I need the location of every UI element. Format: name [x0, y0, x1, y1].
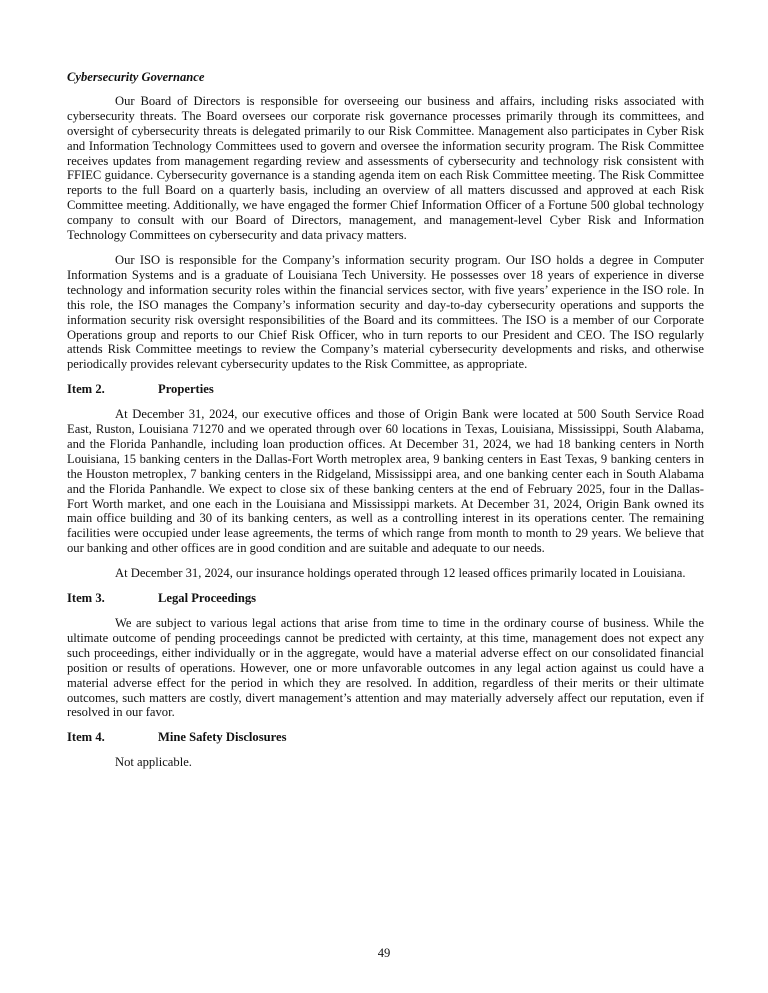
section-heading-cybersecurity-governance: Cybersecurity Governance [67, 70, 704, 85]
item-4-number: Item 4. [67, 730, 158, 745]
item-4-title: Mine Safety Disclosures [158, 730, 287, 745]
paragraph-legal-proceedings: We are subject to various legal actions … [67, 616, 704, 720]
item-3-title: Legal Proceedings [158, 591, 256, 606]
paragraph-iso-responsibility: Our ISO is responsible for the Company’s… [67, 253, 704, 372]
item-3-number: Item 3. [67, 591, 158, 606]
item-3-heading: Item 3. Legal Proceedings [67, 591, 704, 606]
paragraph-properties-locations: At December 31, 2024, our executive offi… [67, 407, 704, 556]
item-4-body: Not applicable. [67, 755, 704, 770]
item-4-heading: Item 4. Mine Safety Disclosures [67, 730, 704, 745]
page-number: 49 [0, 946, 768, 961]
item-2-title: Properties [158, 382, 214, 397]
item-2-number: Item 2. [67, 382, 158, 397]
paragraph-insurance-offices: At December 31, 2024, our insurance hold… [67, 566, 704, 581]
item-2-heading: Item 2. Properties [67, 382, 704, 397]
paragraph-board-oversight: Our Board of Directors is responsible fo… [67, 94, 704, 243]
document-page: Cybersecurity Governance Our Board of Di… [67, 70, 704, 770]
